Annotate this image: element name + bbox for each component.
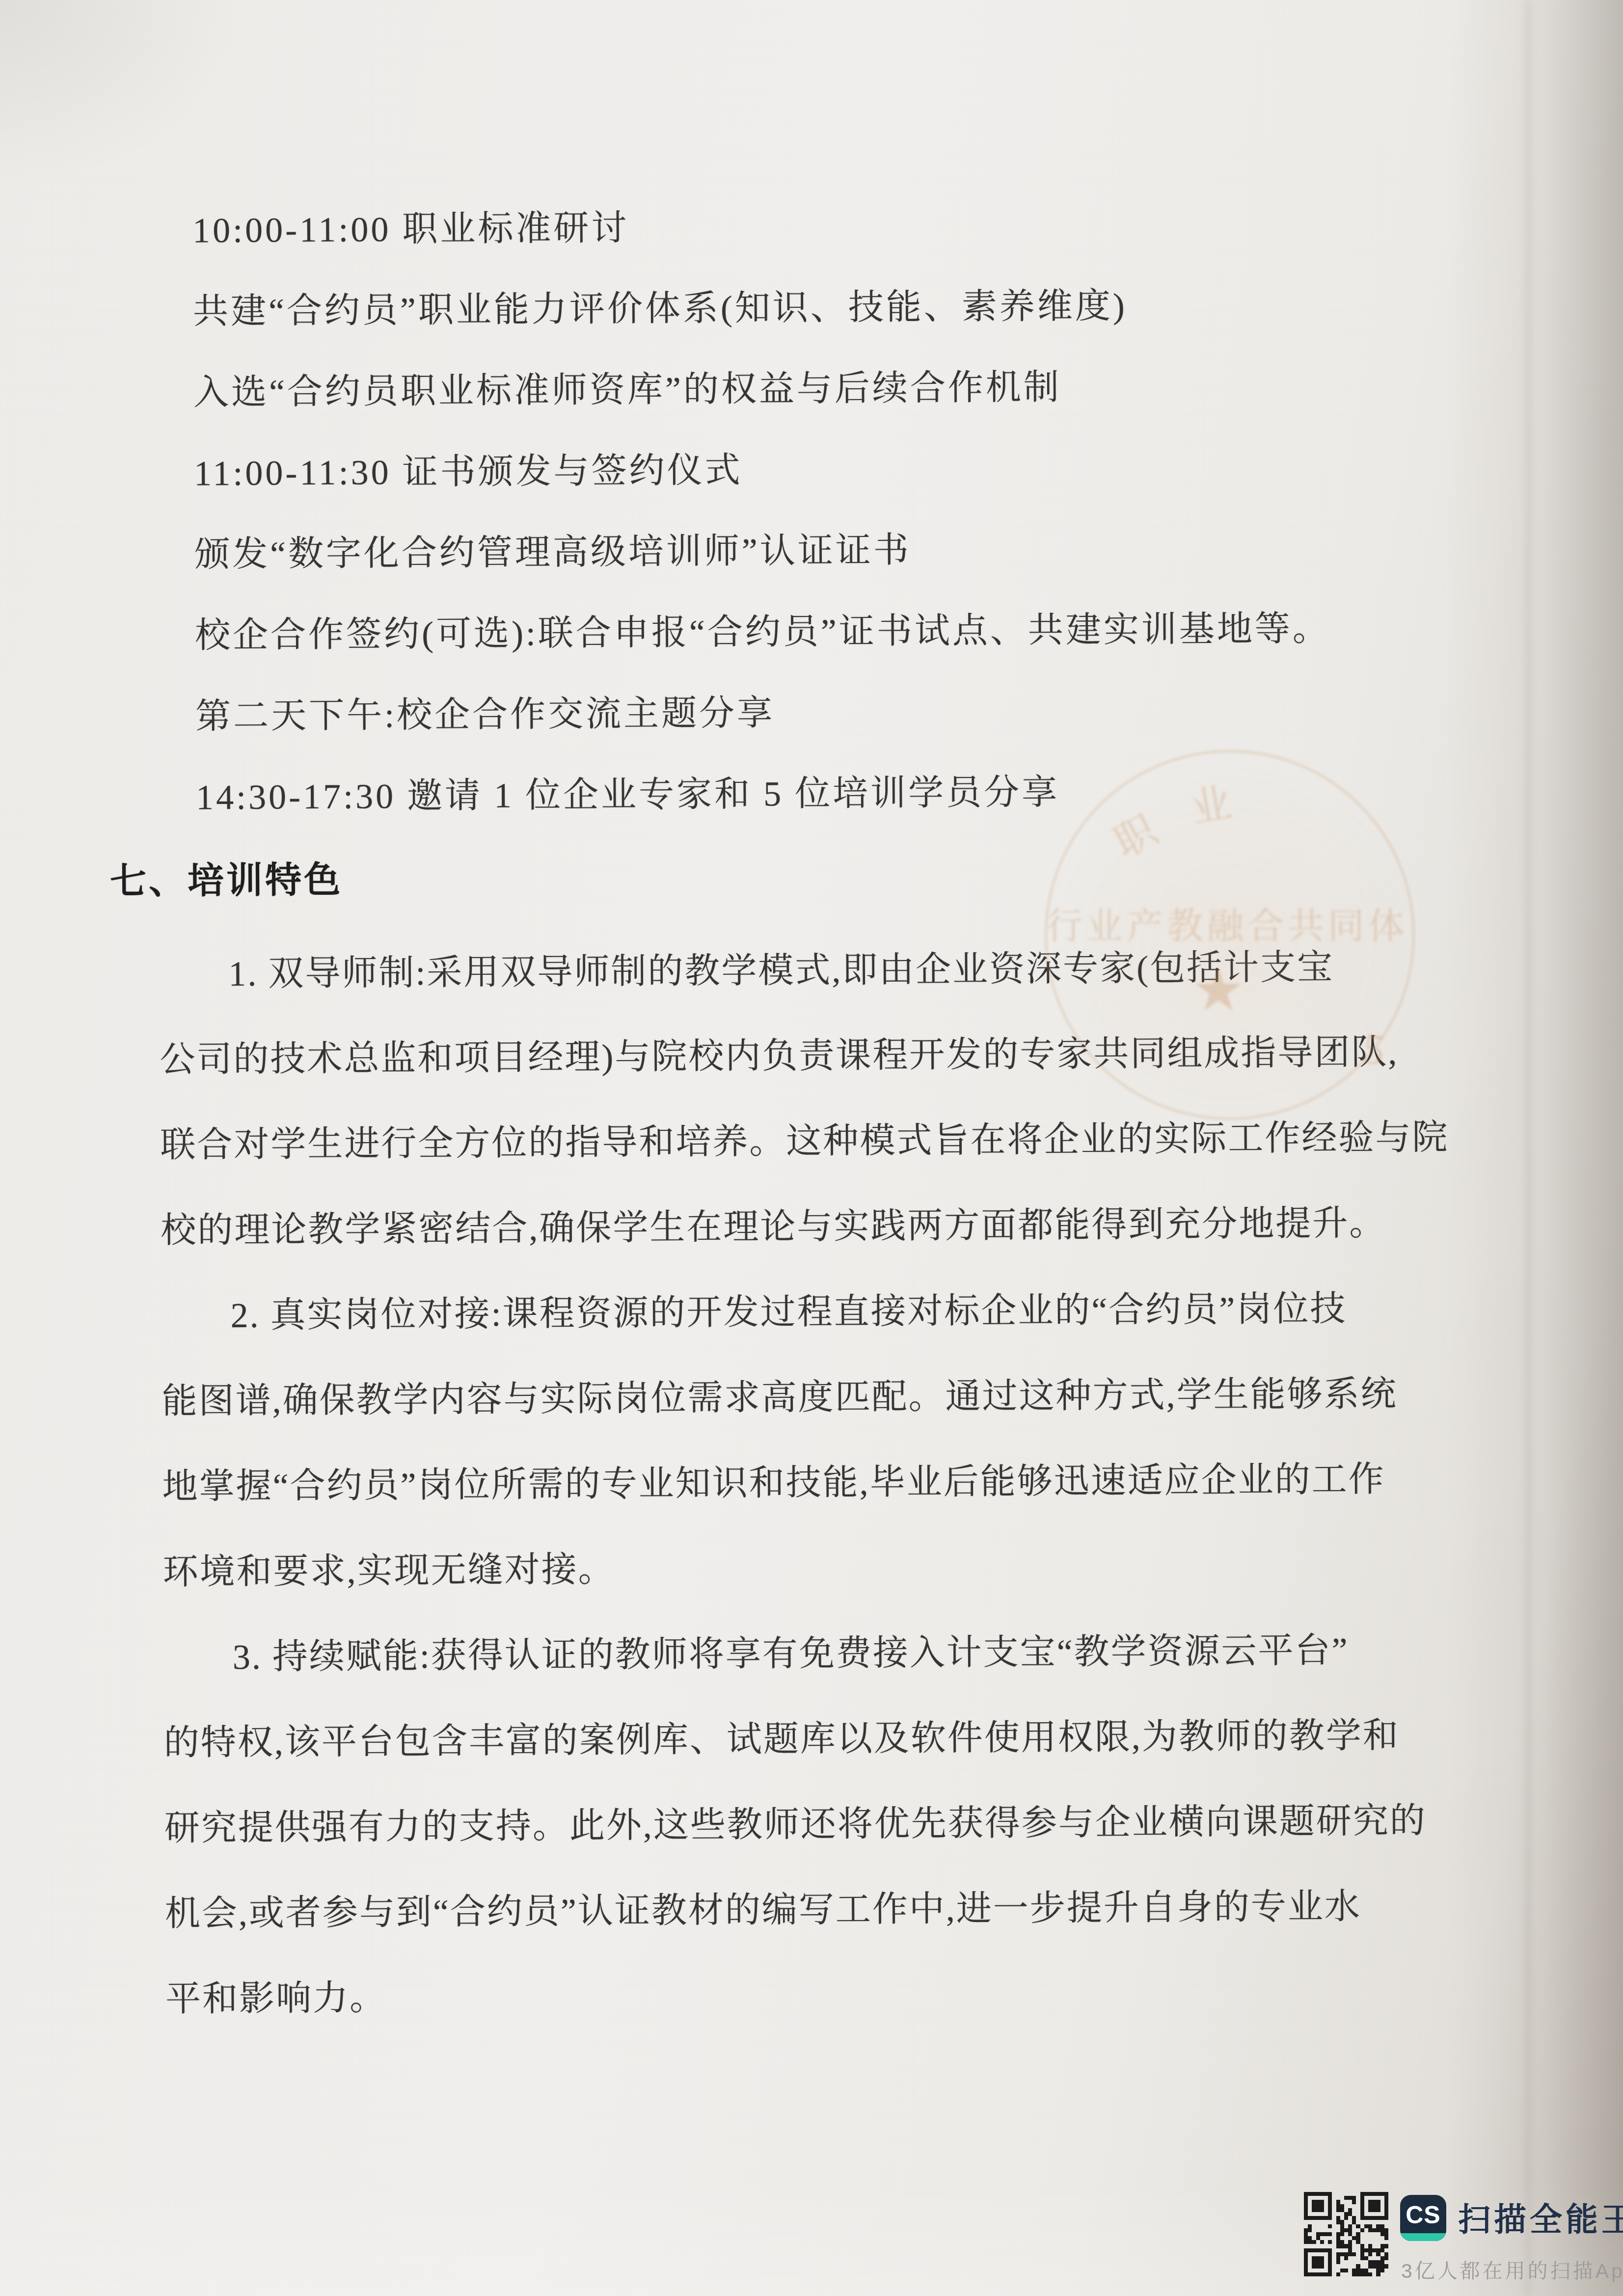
paragraph-line: 能图谱,确保教学内容与实际岗位需求高度匹配。通过这种方式,学生能够系统	[162, 1365, 1398, 1423]
scanned-page: 10:00-11:00 职业标准研讨 共建“合约员”职业能力评价体系(知识、技能…	[0, 0, 1623, 2296]
paragraph-line: 地掌握“合约员”岗位所需的专业知识和技能,毕业后能够迅速适应企业的工作	[162, 1450, 1385, 1509]
schedule-line: 入选“合约员职业标准师资库”的权益与后续合作机制	[193, 358, 1062, 415]
paragraph-line: 研究提供强有力的支持。此外,这些教师还将优先获得参与企业横向课题研究的	[164, 1791, 1427, 1850]
paragraph-line: 公司的技术总监和项目经理)与院校内负责课程开发的专家共同组成指导团队,	[160, 1023, 1399, 1082]
schedule-line: 11:00-11:30 证书颁发与签约仪式	[194, 441, 743, 496]
schedule-line: 共建“合约员”职业能力评价体系(知识、技能、素养维度)	[193, 277, 1127, 334]
paragraph-line: 联合对学生进行全方位的指导和培养。这种模式旨在将企业的实际工作经验与院	[160, 1108, 1449, 1167]
paragraph-line: 平和影响力。	[165, 1969, 387, 2021]
paragraph-line: 1. 双导师制:采用双导师制的教学模式,即由企业资深专家(包括计支宝	[228, 938, 1334, 996]
section-heading: 七、培训特色	[110, 851, 343, 905]
paragraph-line: 2. 真实岗位对接:课程资源的开发过程直接对标企业的“合约员”岗位技	[230, 1280, 1347, 1337]
schedule-line: 校企合作签约(可选):联合申报“合约员”证书试点、共建实训基地等。	[195, 600, 1330, 658]
paragraph-line: 的特权,该平台包含丰富的案例库、试题库以及软件使用权限,为教师的教学和	[163, 1707, 1400, 1765]
bottom-light	[0, 2178, 1623, 2296]
paragraph-line: 环境和要求,实现无缝对接。	[162, 1540, 615, 1594]
paper-crease	[1526, 0, 1531, 2296]
schedule-line: 10:00-11:00 职业标准研讨	[192, 199, 629, 252]
paragraph-line: 校的理论教学紧密结合,确保学生在理论与实践两方面都能得到充分地提升。	[161, 1194, 1386, 1253]
paragraph-line: 机会,或者参与到“合约员”认证教材的编写工作中,进一步提升自身的专业水	[165, 1877, 1362, 1936]
paragraph-line: 3. 持续赋能:获得认证的教师将享有免费接入计支宝“教学资源云平台”	[232, 1621, 1349, 1679]
page-edge-shadow	[1446, 0, 1623, 2296]
schedule-line: 14:30-17:30 邀请 1 位企业专家和 5 位培训学员分享	[196, 763, 1060, 820]
document-content: 10:00-11:00 职业标准研讨 共建“合约员”职业能力评价体系(知识、技能…	[0, 0, 1623, 2296]
schedule-line: 第二天下午:校企合作交流主题分享	[195, 684, 775, 738]
schedule-line: 颁发“数字化合约管理高级培训师”认证证书	[194, 521, 912, 577]
